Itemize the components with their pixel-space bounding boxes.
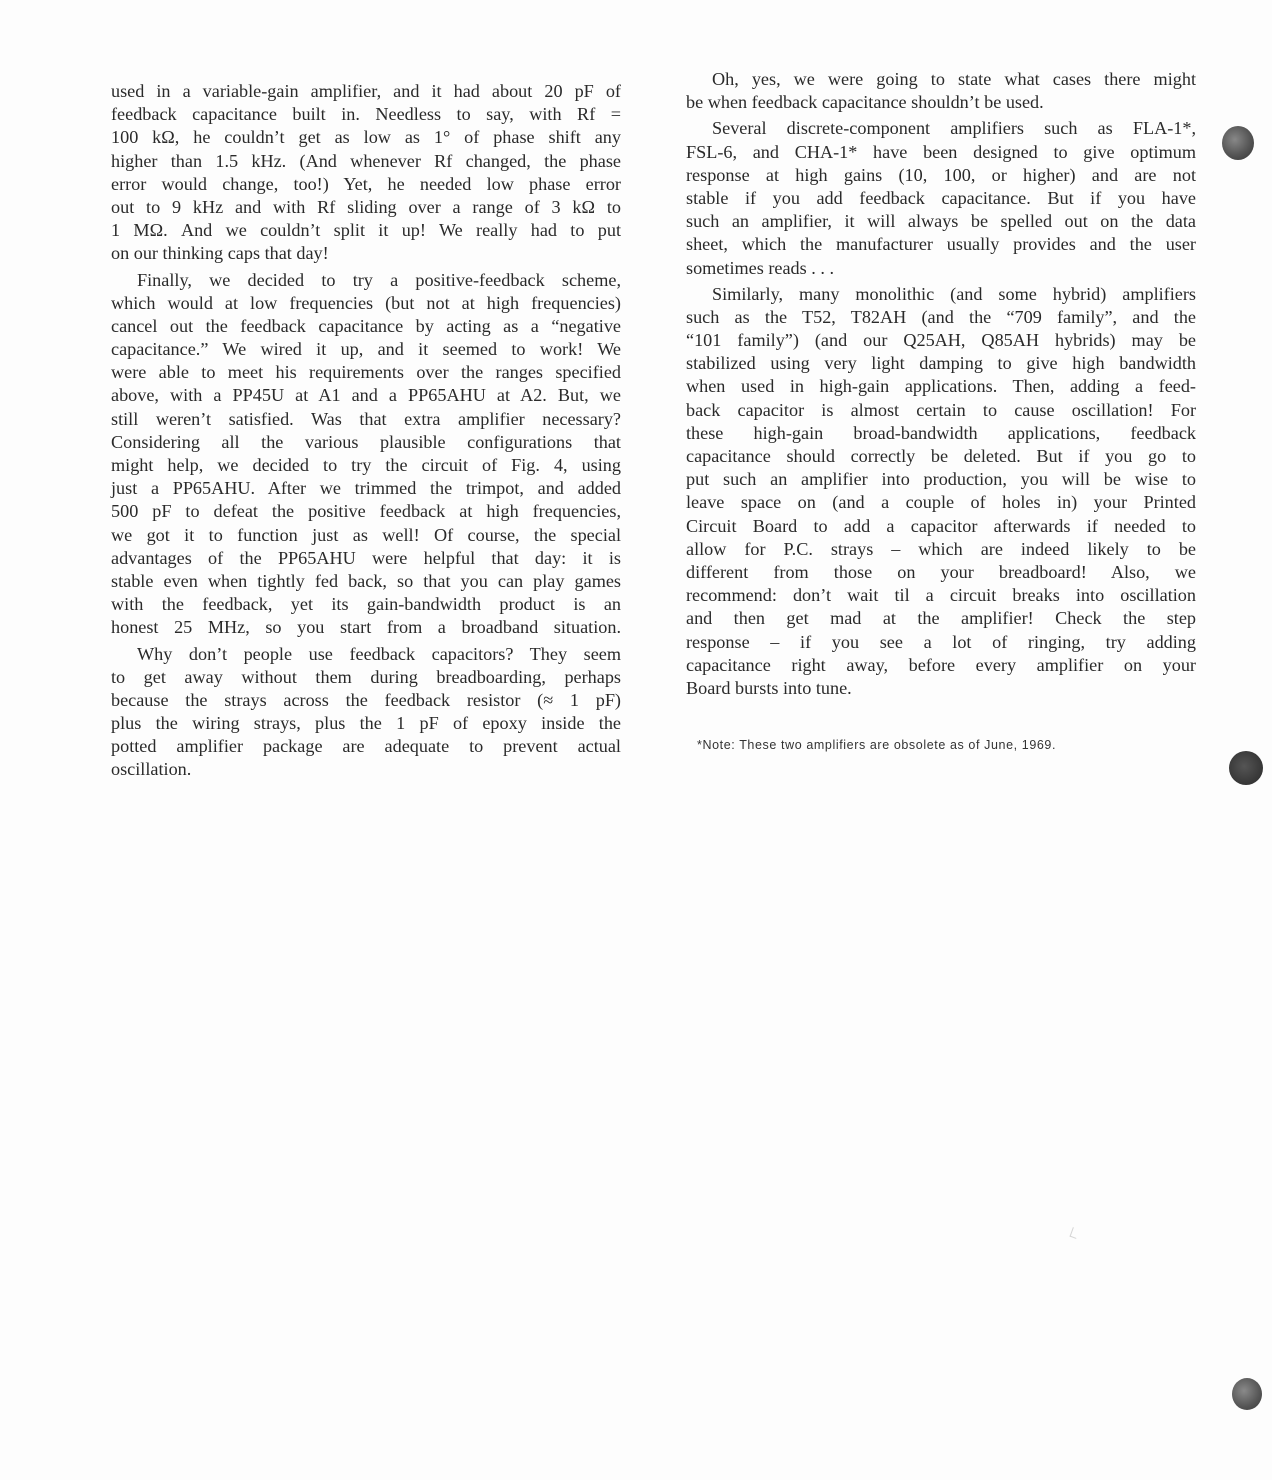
text-line: because the strays across the feedback r…: [111, 689, 621, 712]
text-line: capacitance right away, before every amp…: [686, 654, 1196, 677]
text-line: still weren’t satisfied. Was that extra …: [111, 408, 621, 431]
text-line: capacitance should correctly be deleted.…: [686, 445, 1196, 468]
text-line: sometimes reads . . .: [686, 257, 1196, 280]
text-line: stable even when tightly fed back, so th…: [111, 570, 621, 593]
text-line: oscillation.: [111, 758, 621, 781]
text-line: error would change, too!) Yet, he needed…: [111, 173, 621, 196]
text-line: Considering all the various plausible co…: [111, 431, 621, 454]
text-line: put such an amplifier into production, y…: [686, 468, 1196, 491]
text-line: out to 9 kHz and with Rf sliding over a …: [111, 196, 621, 219]
scan-speck: [1070, 1227, 1080, 1239]
text-line: allow for P.C. strays – which are indeed…: [686, 538, 1196, 561]
text-line: response – if you see a lot of ringing, …: [686, 631, 1196, 654]
punch-hole-icon: [1232, 1378, 1262, 1410]
paragraph-why-no-feedback-capacitors: Why don’t people use feedback capacitors…: [111, 643, 621, 782]
text-line: stable if you add feedback capacitance. …: [686, 187, 1196, 210]
text-line: when used in high-gain applications. The…: [686, 375, 1196, 398]
text-line: capacitance.” We wired it up, and it see…: [111, 338, 621, 361]
text-line: just a PP65AHU. After we trimmed the tri…: [111, 477, 621, 500]
text-line: different from those on your breadboard!…: [686, 561, 1196, 584]
right-column: Oh, yes, we were going to state what cas…: [686, 68, 1196, 703]
text-line: honest 25 MHz, so you start from a broad…: [111, 616, 621, 639]
text-line: be when feedback capacitance shouldn’t b…: [686, 91, 1196, 114]
text-line: plus the wiring strays, plus the 1 pF of…: [111, 712, 621, 735]
text-line: stabilized using very light damping to g…: [686, 352, 1196, 375]
paragraph-when-not-to-use: Oh, yes, we were going to state what cas…: [686, 68, 1196, 114]
text-line: might help, we decided to try the circui…: [111, 454, 621, 477]
text-line: Several discrete-component amplifiers su…: [686, 117, 1196, 140]
left-column: used in a variable-gain amplifier, and i…: [111, 80, 621, 785]
paragraph-positive-feedback-scheme: Finally, we decided to try a positive-fe…: [111, 269, 621, 640]
text-line: 100 kΩ, he couldn’t get as low as 1° of …: [111, 126, 621, 149]
text-line: sheet, which the manufacturer usually pr…: [686, 233, 1196, 256]
text-line: higher than 1.5 kHz. (And whenever Rf ch…: [111, 150, 621, 173]
text-line: FSL-6, and CHA-1* have been designed to …: [686, 141, 1196, 164]
text-line: 1 MΩ. And we couldn’t split it up! We re…: [111, 219, 621, 242]
text-line: to get away without them during breadboa…: [111, 666, 621, 689]
text-line: and then get mad at the amplifier! Check…: [686, 607, 1196, 630]
text-line: Why don’t people use feedback capacitors…: [111, 643, 621, 666]
text-line: feedback capacitance built in. Needless …: [111, 103, 621, 126]
text-line: which would at low frequencies (but not …: [111, 292, 621, 315]
text-line: Finally, we decided to try a positive-fe…: [111, 269, 621, 292]
text-line: Oh, yes, we were going to state what cas…: [686, 68, 1196, 91]
text-line: on our thinking caps that day!: [111, 242, 621, 265]
text-line: we got it to function just as well! Of c…: [111, 524, 621, 547]
punch-hole-icon: [1229, 751, 1263, 785]
footnote-obsolete-amplifiers: *Note: These two amplifiers are obsolete…: [697, 738, 1056, 752]
text-line: recommend: don’t wait til a circuit brea…: [686, 584, 1196, 607]
text-line: cancel out the feedback capacitance by a…: [111, 315, 621, 338]
text-line: used in a variable-gain amplifier, and i…: [111, 80, 621, 103]
paragraph-phase-error-story: used in a variable-gain amplifier, and i…: [111, 80, 621, 266]
text-line: advantages of the PP65AHU were helpful t…: [111, 547, 621, 570]
text-line: back capacitor is almost certain to caus…: [686, 399, 1196, 422]
text-line: Circuit Board to add a capacitor afterwa…: [686, 515, 1196, 538]
text-line: Board bursts into tune.: [686, 677, 1196, 700]
text-line: “101 family”) (and our Q25AH, Q85AH hybr…: [686, 329, 1196, 352]
text-line: were able to meet his requirements over …: [111, 361, 621, 384]
punch-hole-icon: [1222, 126, 1254, 160]
text-line: such an amplifier, it will always be spe…: [686, 210, 1196, 233]
text-line: such as the T52, T82AH (and the “709 fam…: [686, 306, 1196, 329]
text-line: response at high gains (10, 100, or high…: [686, 164, 1196, 187]
text-line: above, with a PP45U at A1 and a PP65AHU …: [111, 384, 621, 407]
paragraph-monolithic-amplifiers: Similarly, many monolithic (and some hyb…: [686, 283, 1196, 700]
paragraph-discrete-amplifiers: Several discrete-component amplifiers su…: [686, 117, 1196, 279]
text-line: these high-gain broad-bandwidth applicat…: [686, 422, 1196, 445]
text-line: leave space on (and a couple of holes in…: [686, 491, 1196, 514]
text-line: with the feedback, yet its gain-bandwidt…: [111, 593, 621, 616]
text-line: potted amplifier package are adequate to…: [111, 735, 621, 758]
text-line: 500 pF to defeat the positive feedback a…: [111, 500, 621, 523]
text-line: Similarly, many monolithic (and some hyb…: [686, 283, 1196, 306]
